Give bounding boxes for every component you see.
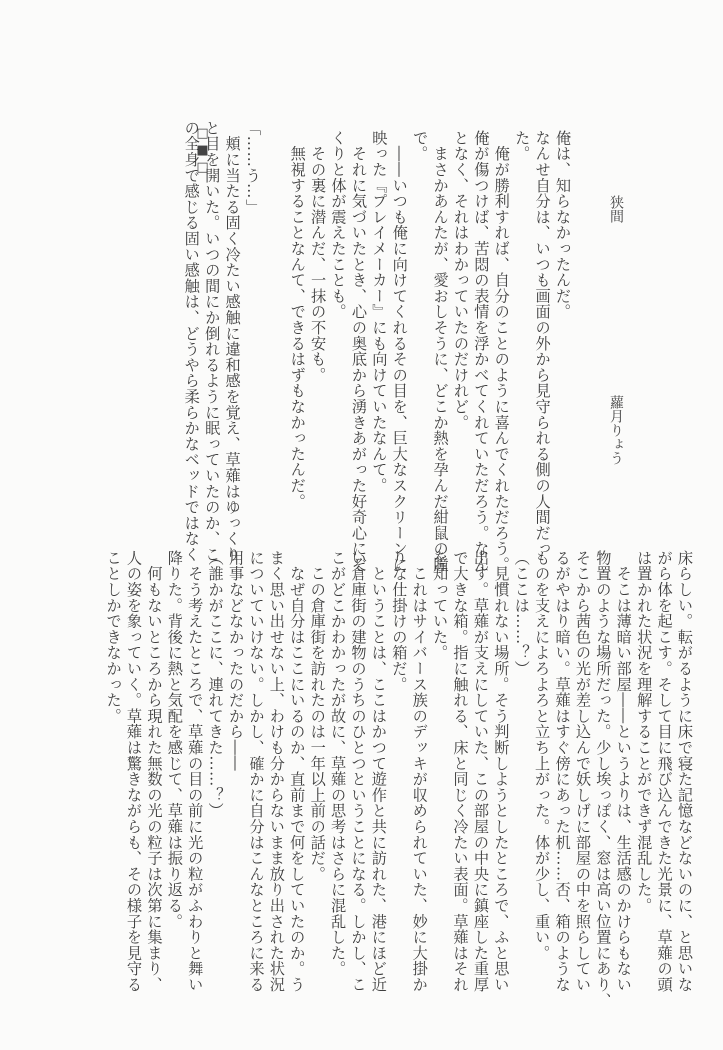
text-line: それに気づいたとき、心の奥底から湧きあがった好奇心にぞ: [349, 130, 369, 510]
text-line: い倉庫街の建物のうちのひとつということになる。しかし、こ: [348, 550, 368, 960]
story-author: 蘿月りょう: [608, 395, 624, 465]
text-line: ということは、ここはかつて遊作と共に訪れた、港にほど近: [369, 550, 389, 960]
text-line: りな仕掛けの箱だ。: [389, 550, 409, 960]
scene-continuation-text: 床らしい。転がるように床で寝た記憶などないのに、と思いながら体を起こす。そして目…: [103, 550, 695, 960]
text-line: そこは薄暗い部屋――というよりは、生活感のかけらもない: [613, 550, 633, 960]
text-line: 「……う…」: [243, 120, 263, 505]
opening-monologue: 俺は、知らなかったんだ。なんせ自分は、いつも画面の外から見守られる側の人間だった…: [287, 130, 573, 510]
text-line: （ここは……？）: [511, 550, 531, 960]
scene-start-text: 「……う…」 頬に当たる固く冷たい感触に違和感を覚え、草薙はゆっくりと目を開いた…: [181, 120, 263, 505]
text-line: 見慣れない場所。そう判断しようとしたところで、ふと思い: [491, 550, 511, 960]
text-line: そこから茜色の光が差し込んで妖しげに部屋の中を照らしてい: [573, 550, 593, 960]
text-line: これはサイバース族のデッキが収められていた、妙に大掛か: [409, 550, 429, 960]
text-line: 用事などなかったのだから――: [226, 550, 246, 960]
text-line: を知っていた。: [430, 550, 450, 960]
text-line: ――いつも俺に向けてくれるその目を、巨大なスクリーンに: [389, 130, 409, 510]
text-line: なんせ自分は、いつも画面の外から見守られる側の人間だっ: [532, 130, 552, 510]
text-line: となく、それはわかっていたのだけれど。: [451, 130, 471, 510]
text-line: 人の姿を象っていく。草薙は驚きながらも、その様子を見守る: [124, 550, 144, 960]
text-line: がら体を起こす。そして目に飛び込んできた光景に、草薙の頭: [654, 550, 674, 960]
text-line: るがやはり暗い。草薙はすぐ傍にあった机……否、箱のような: [552, 550, 572, 960]
text-line: 頬に当たる固く冷たい感触に違和感を覚え、草薙はゆっくり: [222, 120, 242, 505]
text-line: そう考えたところで、草薙の目の前に光の粒がふわりと舞い: [185, 550, 205, 960]
book-page: 狭間蘿月りょう 俺は、知らなかったんだ。なんせ自分は、いつも画面の外から見守られ…: [0, 0, 723, 1050]
text-line: くりと体が震えたことも。: [328, 130, 348, 510]
text-line: で大きな箱。指に触れる、床と同じく冷たい表面。草薙はそれ: [450, 550, 470, 960]
text-line: なぜ自分はここにいるのか、直前まで何をしていたのか。う: [287, 550, 307, 960]
text-line: まく思い出せない上、わけも分からないまま放り出された状況: [266, 550, 286, 960]
text-line: 床らしい。転がるように床で寝た記憶などないのに、と思いな: [675, 550, 695, 960]
text-line: 何もないところから現れた無数の光の粒子は次第に集まり、: [144, 550, 164, 960]
text-line: と目を開いた。いつの間にか倒れるように眠っていたのか、こ: [202, 120, 222, 505]
text-line: （誰かがここに、連れてきた……？）: [205, 550, 225, 960]
text-line: その裏に潜んだ、一抹の不安も。: [308, 130, 328, 510]
story-title: 狭間: [606, 195, 626, 395]
text-line: は置かれた状況を理解することができず混乱した。: [634, 550, 654, 960]
text-line: 物置のような場所だった。少し埃っぽく、窓は高い位置にあり、: [593, 550, 613, 960]
text-line: 俺が傷つけば、苦悶の表情を浮かべてくれていただろう。なん: [471, 130, 491, 510]
text-line: の全身で感じる固い感触は、どうやら柔らかなベッドではなく: [181, 120, 201, 505]
text-line: こがどこかわかったが故に、草薙の思考はさらに混乱した。: [328, 550, 348, 960]
text-line: ことしかできなかった。: [103, 550, 123, 960]
text-line: 俺が勝利すれば、自分のことのように喜んでくれただろう。: [491, 130, 511, 510]
text-line: 降りた。背後に熱と気配を感じて、草薙は振り返る。: [164, 550, 184, 960]
text-line: 出す。草薙が支えにしていた、この部屋の中央に鎮座した重厚: [471, 550, 491, 960]
text-line: 映った『プレイメーカー』にも向けていたなんて。: [369, 130, 389, 510]
text-line: 無視することなんて、できるはずもなかったんだ。: [287, 130, 307, 510]
text-line: まさかあんたが、愛おしそうに、どこか熱を孕んだ紺鼠の瞳: [430, 130, 450, 510]
text-line: についていけない。しかし、確かに自分はこんなところに来る: [246, 550, 266, 960]
text-line: 俺は、知らなかったんだ。: [553, 130, 573, 510]
text-line: ものを支えによろよろと立ち上がった。体が少し、重い。: [532, 550, 552, 960]
story-header: 狭間蘿月りょう: [606, 195, 626, 495]
text-line: た。: [512, 130, 532, 510]
text-line: この倉庫街を訪れたのは一年以上前の話だ。: [307, 550, 327, 960]
text-line: で。: [410, 130, 430, 510]
